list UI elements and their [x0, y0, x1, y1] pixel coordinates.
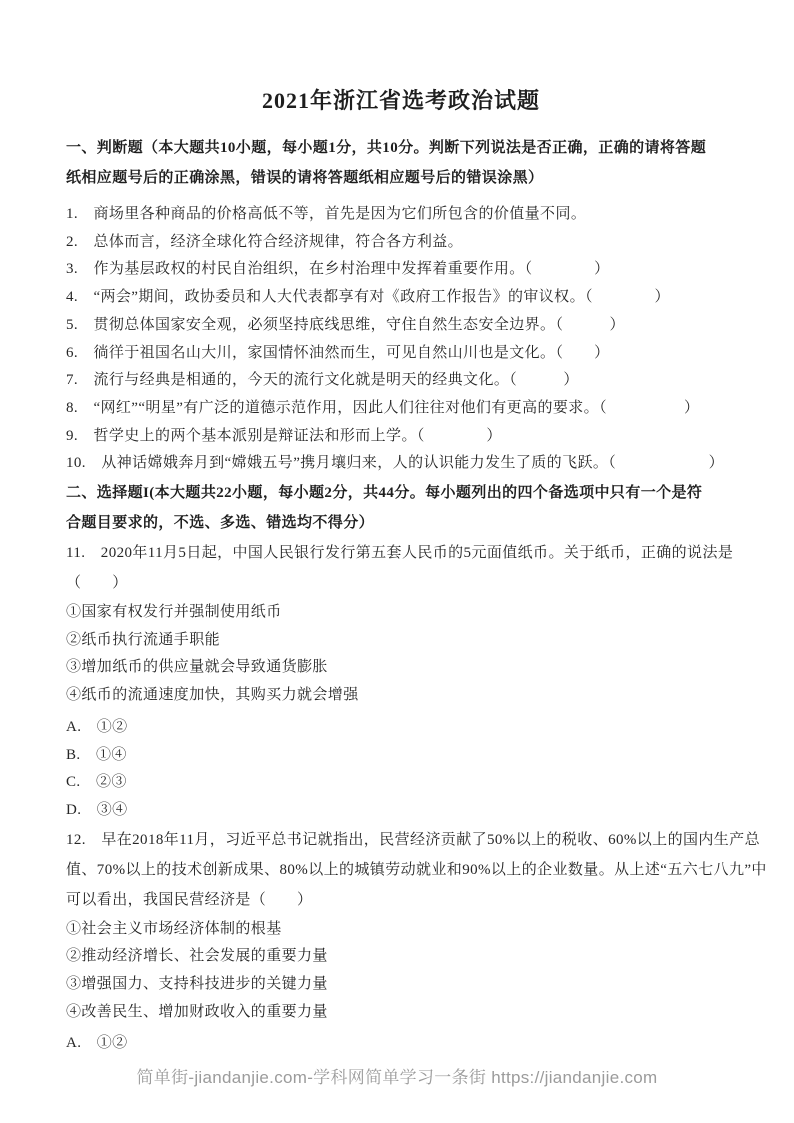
question-11-options: ①国家有权发行并强制使用纸币 ②纸币执行流通手职能 ③增加纸币的供应量就会导致通… — [66, 599, 736, 710]
judgment-item: 10. 从神话嫦娥奔月到“嫦娥五号”携月壤归来，人的认识能力发生了质的飞跃。（ … — [66, 450, 736, 478]
question-11-choice: C. ②③ — [66, 769, 736, 797]
question-12-options: ①社会主义市场经济体制的根基 ②推动经济增长、社会发展的重要力量 ③增强国力、支… — [66, 916, 736, 1027]
judgment-item: 3. 作为基层政权的村民自治组织，在乡村治理中发挥着重要作用。（ ） — [66, 256, 736, 284]
question-11-stem-line1: 11. 2020年11月5日起，中国人民银行发行第五套人民币的5元面值纸币。关于… — [66, 538, 736, 568]
question-11-choices: A. ①② B. ①④ C. ②③ D. ③④ — [66, 714, 736, 825]
question-11-choice: B. ①④ — [66, 742, 736, 770]
question-11-option: ①国家有权发行并强制使用纸币 — [66, 599, 736, 627]
judgment-item: 1. 商场里各种商品的价格高低不等，首先是因为它们所包含的价值量不同。 — [66, 201, 736, 229]
judgment-item: 8. “网红”“明星”有广泛的道德示范作用，因此人们往往对他们有更高的要求。（ … — [66, 395, 736, 423]
section1-header: 一、判断题（本大题共10小题，每小题1分，共10分。判断下列说法是否正确，正确的… — [66, 133, 736, 193]
question-12-option: ④改善民生、增加财政收入的重要力量 — [66, 999, 736, 1027]
section2-header: 二、选择题I(本大题共22小题，每小题2分，共44分。每小题列出的四个备选项中只… — [66, 478, 736, 538]
question-12-stem-line3: 可以看出，我国民营经济是（ ） — [66, 885, 736, 915]
judgment-item: 5. 贯彻总体国家安全观，必须坚持底线思维，守住自然生态安全边界。（ ） — [66, 312, 736, 340]
section1-header-line2: 纸相应题号后的正确涂黑，错误的请将答题纸相应题号后的错误涂黑） — [66, 163, 736, 193]
page-title: 2021年浙江省选考政治试题 — [66, 84, 736, 118]
question-12-option: ③增强国力、支持科技进步的关键力量 — [66, 971, 736, 999]
question-11-answer-blank: （ ） — [66, 568, 736, 598]
watermark-footer: 简单街-jiandanjie.com-学科网简单学习一条街 https://ji… — [0, 1066, 794, 1090]
question-11-stem: 11. 2020年11月5日起，中国人民银行发行第五套人民币的5元面值纸币。关于… — [66, 538, 736, 598]
judgment-item: 9. 哲学史上的两个基本派别是辩证法和形而上学。（ ） — [66, 423, 736, 451]
judgment-item: 6. 徜徉于祖国名山大川，家国情怀油然而生，可见自然山川也是文化。（ ） — [66, 340, 736, 368]
section2-header-line1: 二、选择题I(本大题共22小题，每小题2分，共44分。每小题列出的四个备选项中只… — [66, 478, 736, 508]
question-12-option: ①社会主义市场经济体制的根基 — [66, 916, 736, 944]
question-12-choices: A. ①② — [66, 1030, 736, 1058]
judgment-item: 2. 总体而言，经济全球化符合经济规律，符合各方利益。 — [66, 229, 736, 257]
judgment-item: 4. “两会”期间，政协委员和人大代表都享有对《政府工作报告》的审议权。（ ） — [66, 284, 736, 312]
question-11-option: ④纸币的流通速度加快，其购买力就会增强 — [66, 682, 736, 710]
section1-header-line1: 一、判断题（本大题共10小题，每小题1分，共10分。判断下列说法是否正确，正确的… — [66, 133, 736, 163]
question-12-stem-line1: 12. 早在2018年11月，习近平总书记就指出，民营经济贡献了50%以上的税收… — [66, 825, 736, 855]
question-11-option: ②纸币执行流通手职能 — [66, 627, 736, 655]
question-11-choice: D. ③④ — [66, 797, 736, 825]
section2-header-line2: 合题目要求的，不选、多选、错选均不得分） — [66, 508, 736, 538]
question-11-option: ③增加纸币的供应量就会导致通货膨胀 — [66, 654, 736, 682]
question-12-stem-line2: 值、70%以上的技术创新成果、80%以上的城镇劳动就业和90%以上的企业数量。从… — [66, 855, 736, 885]
question-12-option: ②推动经济增长、社会发展的重要力量 — [66, 943, 736, 971]
question-12-choice: A. ①② — [66, 1030, 736, 1058]
question-11-choice: A. ①② — [66, 714, 736, 742]
judgment-item: 7. 流行与经典是相通的，今天的流行文化就是明天的经典文化。（ ） — [66, 367, 736, 395]
question-12-stem: 12. 早在2018年11月，习近平总书记就指出，民营经济贡献了50%以上的税收… — [66, 825, 736, 915]
exam-page: 2021年浙江省选考政治试题 一、判断题（本大题共10小题，每小题1分，共10分… — [0, 0, 794, 1123]
judgment-item-list: 1. 商场里各种商品的价格高低不等，首先是因为它们所包含的价值量不同。 2. 总… — [66, 201, 736, 478]
